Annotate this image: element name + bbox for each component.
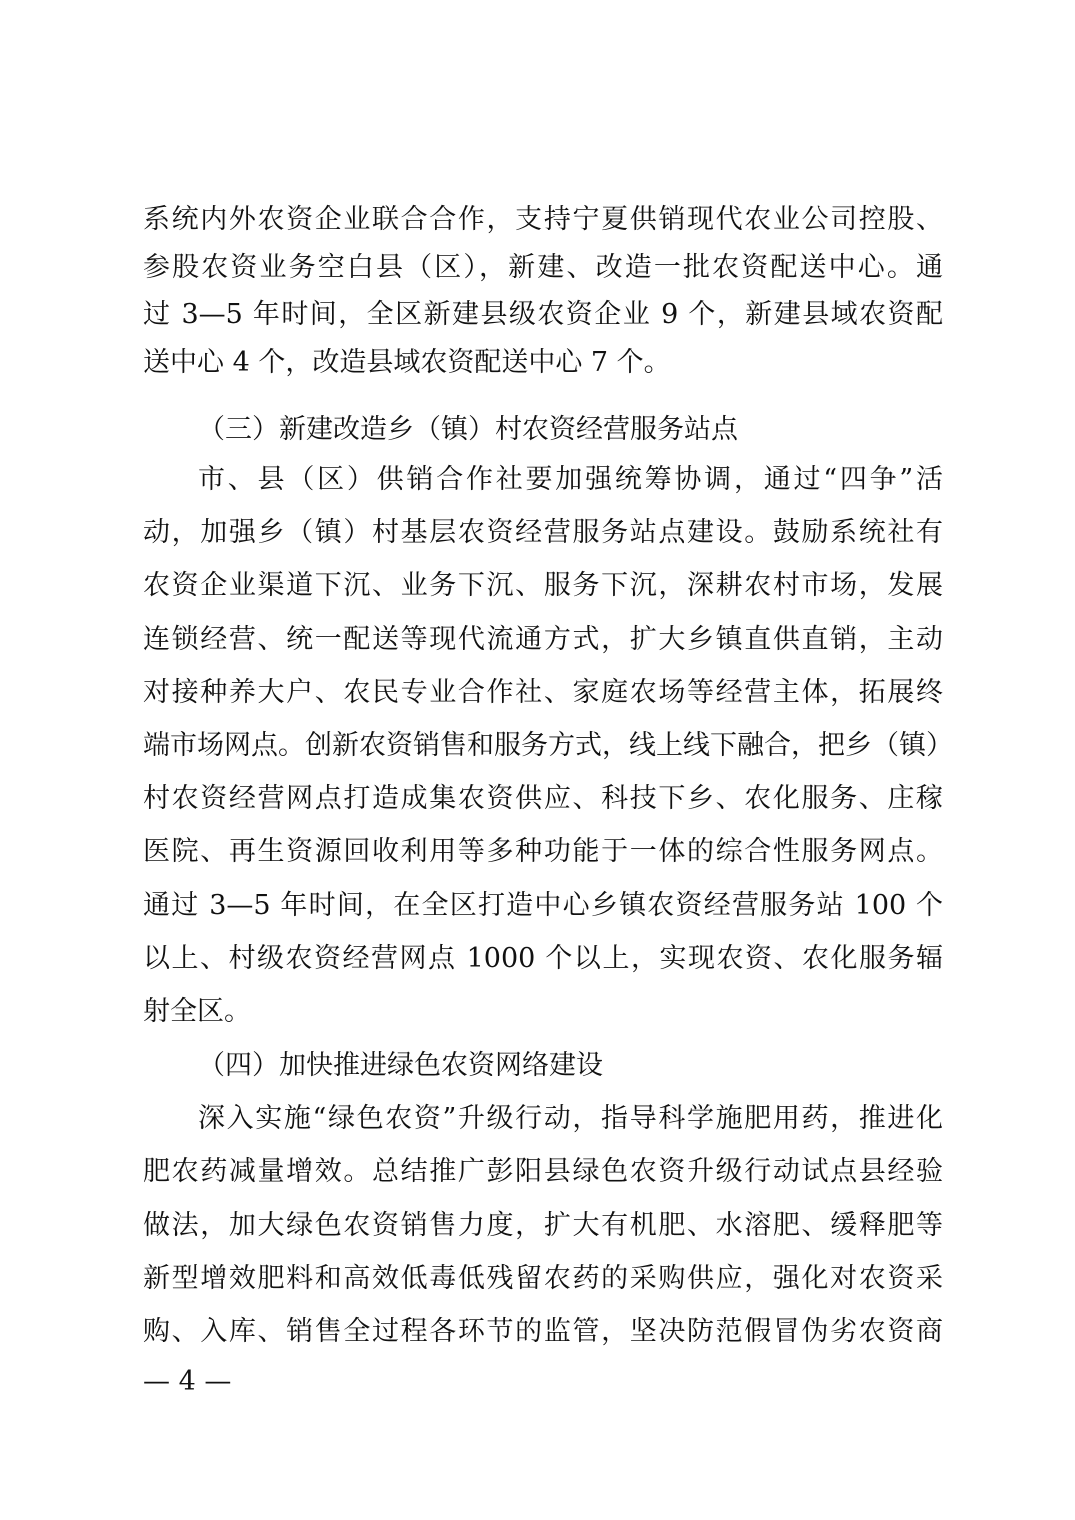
body-line: 端市场网点。创新农资销售和服务方式，线上线下融合，把乡（镇）	[143, 726, 943, 766]
section-heading: （三）新建改造乡（镇）村农资经营服务站点	[198, 410, 943, 450]
body-line: 农资企业渠道下沉、业务下沉、服务下沉，深耕农村市场，发展	[143, 566, 943, 606]
body-line: 肥农药减量增效。总结推广彭阳县绿色农资升级行动试点县经验	[143, 1152, 943, 1192]
body-line: 连锁经营、统一配送等现代流通方式，扩大乡镇直供直销，主动	[143, 620, 943, 660]
body-line: 购、入库、销售全过程各环节的监管，坚决防范假冒伪劣农资商	[143, 1312, 943, 1352]
document-page: 系统内外农资企业联合合作，支持宁夏供销现代农业公司控股、 参股农资业务空白县（区…	[0, 0, 1075, 1520]
body-line: 过 3—5 年时间，全区新建县级农资企业 9 个，新建县域农资配	[143, 295, 943, 335]
body-line: 通过 3—5 年时间，在全区打造中心乡镇农资经营服务站 100 个	[143, 886, 943, 926]
body-line: 新型增效肥料和高效低毒低残留农药的采购供应，强化对农资采	[143, 1259, 943, 1299]
body-line: 送中心 4 个，改造县域农资配送中心 7 个。	[143, 343, 943, 383]
section-heading: （四）加快推进绿色农资网络建设	[198, 1046, 943, 1086]
body-line: 对接种养大户、农民专业合作社、家庭农场等经营主体，拓展终	[143, 673, 943, 713]
body-line: 做法，加大绿色农资销售力度，扩大有机肥、水溶肥、缓释肥等	[143, 1206, 943, 1246]
body-line: 系统内外农资企业联合合作，支持宁夏供销现代农业公司控股、	[143, 200, 943, 240]
body-line: 参股农资业务空白县（区），新建、改造一批农资配送中心。通	[143, 248, 943, 288]
body-line: 医院、再生资源回收利用等多种功能于一体的综合性服务网点。	[143, 832, 943, 872]
body-line: 深入实施“绿色农资”升级行动，指导科学施肥用药，推进化	[198, 1099, 943, 1139]
body-line: 射全区。	[143, 992, 943, 1032]
body-line: 以上、村级农资经营网点 1000 个以上，实现农资、农化服务辐	[143, 939, 943, 979]
page-number: — 4 —	[143, 1362, 231, 1402]
body-line: 动，加强乡（镇）村基层农资经营服务站点建设。鼓励系统社有	[143, 513, 943, 553]
body-line: 市、县（区）供销合作社要加强统筹协调，通过“四争”活	[198, 460, 943, 500]
body-line: 村农资经营网点打造成集农资供应、科技下乡、农化服务、庄稼	[143, 779, 943, 819]
